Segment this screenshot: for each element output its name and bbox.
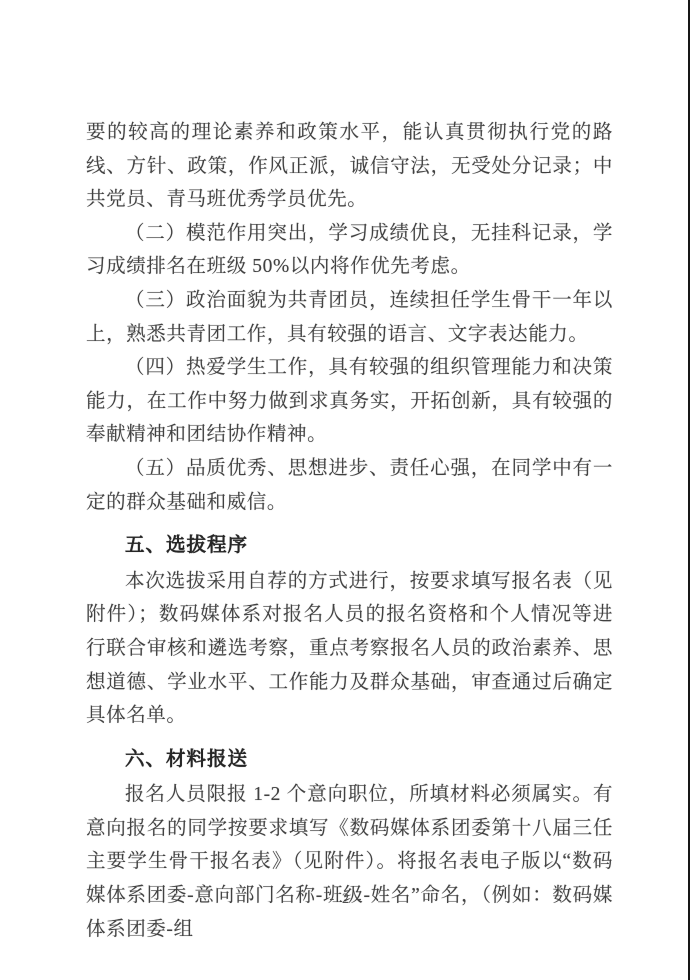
paragraph-continuation: 要的较高的理论素养和政策水平，能认真贯彻执行党的路线、方针、政策，作风正派，诚信… [86,116,613,217]
document-page: 要的较高的理论素养和政策水平，能认真贯彻执行党的路线、方针、政策，作风正派，诚信… [0,0,693,980]
paragraph-selection-procedure: 本次选拔采用自荐的方式进行，按要求填写报名表（见附件）；数码媒体系对报名人员的报… [86,565,613,733]
document-body: 要的较高的理论素养和政策水平，能认真贯彻执行党的路线、方针、政策，作风正派，诚信… [86,116,613,946]
paragraph-item-4: （四）热爱学生工作，具有较强的组织管理能力和决策能力，在工作中努力做到求真务实，… [86,351,613,452]
footer-page-number: - 2 - [0,891,693,908]
scan-edge-line [688,0,690,980]
paragraph-material-submission: 报名人员限报 1-2 个意向职位，所填材料必须属实。有意向报名的同学按要求填写《… [86,778,613,946]
paragraph-item-5: （五）品质优秀、思想进步、责任心强，在同学中有一定的群众基础和威信。 [86,452,613,519]
section-heading-selection-procedure: 五、选拔程序 [86,529,613,563]
paragraph-item-3: （三）政治面貌为共青团员，连续担任学生骨干一年以上，熟悉共青团工作，具有较强的语… [86,284,613,351]
section-heading-material-submission: 六、材料报送 [86,743,613,777]
paragraph-item-2: （二）模范作用突出，学习成绩优良，无挂科记录，学习成绩排名在班级 50%以内将作… [86,217,613,284]
